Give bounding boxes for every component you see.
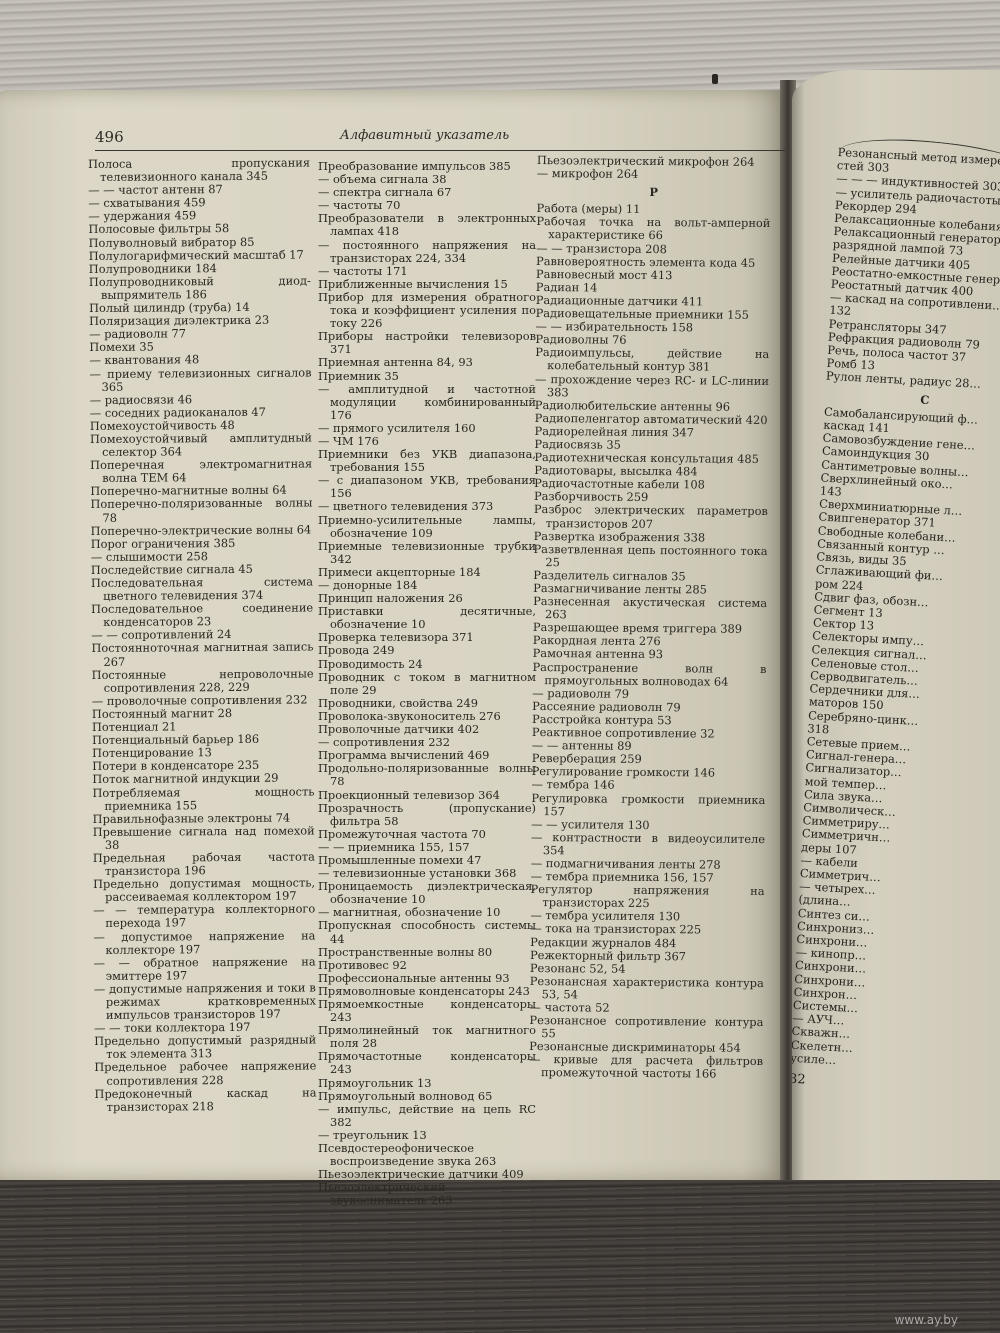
index-entry: Полоса пропускания телевизионного канала…	[88, 156, 310, 184]
index-subentry: — частоты 171	[318, 265, 536, 278]
index-entry: Проводимость 24	[318, 658, 536, 671]
index-entry: Разброс электрических параметров транзис…	[534, 503, 768, 531]
index-entry: Приборы настройки телевизоров 371	[318, 330, 536, 356]
index-subentry: — допустимое напряжение на коллекторе 19…	[93, 929, 315, 957]
index-entry: Проводники, свойства 249	[318, 697, 536, 710]
index-entry: Предельно допустимая мощность, рассеивае…	[93, 877, 315, 905]
index-entry: Потребляемая мощность приемника 155	[92, 785, 314, 813]
index-subentry: — прохождение через RC- и LC-линии 383	[535, 372, 769, 400]
index-subentry: — кривые для расчета фильтров промежуточ…	[529, 1053, 763, 1081]
right-page-top-entries: Резонансный метод измерения е…стей 303— …	[826, 146, 1000, 394]
index-entry: Предельно допустимый разрядный ток элеме…	[94, 1034, 316, 1062]
index-entry: Последовательное соединение конденсаторо…	[91, 602, 313, 630]
index-entry: Пространственные волны 80	[318, 946, 536, 959]
index-entry: Прозрачность (пропускание) фильтра 58	[318, 802, 536, 828]
index-entry: Приемная антенна 84, 93	[318, 356, 536, 369]
page-number: 496	[95, 128, 124, 146]
index-column-3: Пьезоэлектрический микрофон 264— микрофо…	[529, 154, 771, 1082]
index-entry: Прямоугольный волновод 65	[318, 1090, 536, 1103]
index-entry: Регулировка громкости приемника 157	[531, 791, 765, 819]
right-page-entries: Самобалансирующий ф…каскад 141Самовозбуж…	[792, 406, 1000, 1076]
index-entry: Пропускная способность системы 44	[318, 919, 536, 945]
index-entry: Проводник с током в магнитном поле 29	[318, 671, 536, 697]
index-column-3-main: Работа (меры) 11Рабочая точка на вольт-а…	[529, 202, 771, 1081]
index-entry: Приемник 35	[318, 370, 536, 383]
index-entry: Рабочая точка на вольт-амперной характер…	[536, 215, 770, 243]
index-subentry: — с диапазоном УКВ, требования 156	[318, 474, 536, 500]
index-entry: Профессиональные антенны 93	[318, 972, 536, 985]
index-entry: Разветвленная цепь постоянного тока 25	[533, 543, 767, 571]
index-entry: Приемные телевизионные трубки 342	[318, 540, 536, 566]
index-entry: Приемно-усилительные лампы, обозначение …	[318, 514, 536, 540]
index-entry: Разнесенная акустическая система 263	[533, 595, 767, 623]
section-letter: Р	[537, 185, 771, 200]
index-column-3-top: Пьезоэлектрический микрофон 264— микрофо…	[537, 154, 771, 182]
index-entry: Поперечная электромагнитная волна TEM 64	[90, 458, 312, 486]
index-entry: Приемники без УКВ диапазона, требования …	[318, 448, 536, 474]
index-entry: Помехоустойчивый амплитудный селектор 36…	[90, 431, 312, 459]
index-subentry: — цветного телевидения 373	[318, 500, 536, 513]
right-page-column: Резонансный метод измерения е…стей 303— …	[792, 146, 1000, 1096]
index-entry: Постоянноточная магнитная запись 267	[91, 641, 313, 669]
index-entry: Прямоемкостные конденсаторы 243	[318, 998, 536, 1024]
index-entry: Прямоугольник 13	[318, 1077, 536, 1090]
index-entry: Предоконечный каскад на транзисторах 218	[94, 1086, 316, 1114]
index-entry: Прямолинейный ток магнитного поля 28	[318, 1024, 536, 1050]
running-head: Алфавитный указатель	[340, 128, 509, 143]
index-entry: Приближенные вычисления 15	[318, 278, 536, 291]
index-subentry: — импульс, действие на цепь RC 382	[318, 1103, 536, 1129]
index-column-2: Преобразование импульсов 385— объема сиг…	[318, 160, 536, 1208]
watermark: www.ay.by	[895, 1313, 958, 1327]
right-page: Резонансный метод измерения е…стей 303— …	[792, 70, 1000, 1180]
index-entry: Предельная рабочая частота транзистора 1…	[93, 850, 315, 878]
index-entry: Противовес 92	[318, 959, 536, 972]
index-column-1: Полоса пропускания телевизионного канала…	[88, 156, 317, 1113]
index-entry: Резонансное сопротивление контура 55	[529, 1014, 763, 1042]
index-entry: Регулятор напряжения на транзисторах 225	[530, 883, 764, 911]
index-entry: Радиоимпульсы, действие на колебательный…	[535, 346, 769, 374]
index-subentry: — — температура коллекторного перехода 1…	[93, 903, 315, 931]
index-entry: Преобразователи в электронных лампах 418	[318, 212, 536, 238]
index-entry: Промежуточная частота 70	[318, 828, 536, 841]
index-subentry: — постоянного напряжения на транзисторах…	[318, 239, 536, 265]
index-entry: Прямочастотные конденсаторы 243	[318, 1050, 536, 1076]
page-header: 496 Алфавитный указатель	[95, 128, 785, 151]
index-entry: Псевдостереофоническое воспроизведение з…	[318, 1142, 536, 1168]
index-entry: Последовательная система цветного телеви…	[91, 575, 313, 603]
signature-number: 32	[792, 1073, 989, 1097]
index-subentry: — допустимые напряжения и токи в режимах…	[94, 981, 316, 1022]
index-entry: Предельное рабочее напряжение сопротивле…	[94, 1060, 316, 1088]
index-entry: Постоянные непроволочные сопротивления 2…	[92, 667, 314, 695]
index-subentry: — приему телевизионных сигналов 365	[89, 366, 311, 394]
index-entry: Полупроводниковый диод-выпрямитель 186	[89, 274, 311, 302]
index-entry: Приставки десятичные, обозначение 10	[318, 605, 536, 631]
index-entry: Проекционный телевизор 364	[318, 789, 536, 802]
index-subentry: — — обратное напряжение на эмиттере 197	[94, 955, 316, 983]
index-subentry: — — приемника 155, 157	[318, 841, 536, 854]
index-entry: Проницаемость диэлектрическая, обозначен…	[318, 880, 536, 906]
index-subentry: — микрофон 264	[537, 167, 771, 182]
index-subentry: — амплитудной и частотной модуляции комб…	[318, 383, 536, 422]
binding-staple-top	[712, 74, 718, 84]
index-entry: Поперечно-поляризованные волны 78	[90, 497, 312, 525]
index-entry: Прибор для измерения обратного тока и ко…	[318, 291, 536, 330]
index-entry: Превышение сигнала над помехой 38	[93, 824, 315, 852]
index-subentry: — контрастности в видеоусилителе 354	[531, 831, 765, 859]
index-entry: Продольно-поляризованные волны 78	[318, 762, 536, 788]
index-entry: Распространение волн в прямоугольных вол…	[532, 661, 766, 689]
index-entry: Провода 249	[318, 644, 536, 657]
index-subentry: — прямого усилителя 160	[318, 422, 536, 435]
index-entry: Резонансная характеристика контура 53, 5…	[530, 975, 764, 1003]
index-entry: Пьезоэлектрический звукосниматель 263	[318, 1181, 536, 1207]
